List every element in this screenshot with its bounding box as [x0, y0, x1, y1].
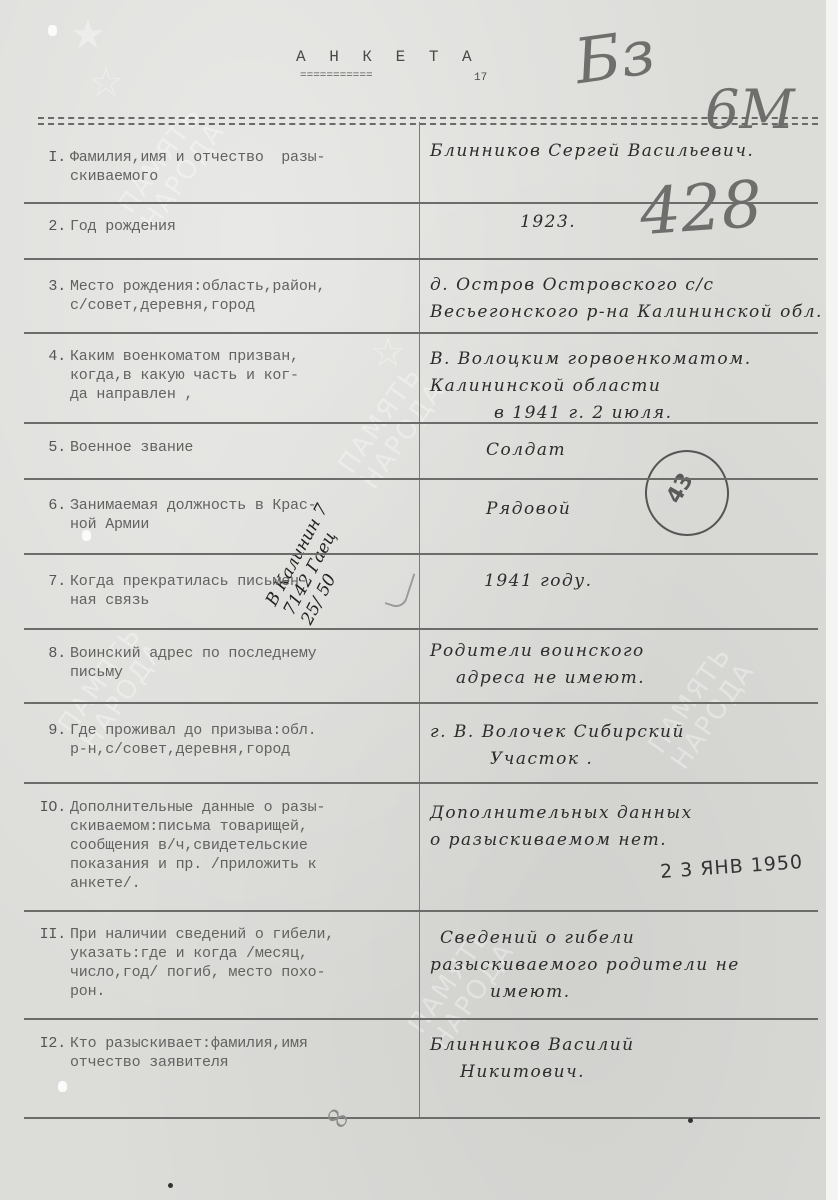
paper-defect: [48, 25, 57, 36]
paper-defect: [58, 1081, 67, 1092]
question-label: 5.Военное звание: [30, 438, 193, 457]
question-label: I.Фамилия,имя и отчество разы-скиваемого: [30, 148, 325, 186]
question-number: II.: [30, 925, 66, 944]
question-line: 3.Место рождения:область,район,: [30, 277, 325, 296]
question-text: скиваемом:письма товарищей,: [70, 818, 308, 835]
question-text: Занимаемая должность в Крас-: [70, 497, 316, 514]
question-line: 7.Когда прекратилась письмен-: [30, 572, 308, 591]
column-divider: [419, 122, 420, 1117]
questionnaire-page: ★ ☆ ☆ ПАМЯТЬНАРОДА ПАМЯТЬНАРОДА ПАМЯТЬНА…: [0, 0, 826, 1200]
answer-line: Никитович.: [430, 1059, 635, 1086]
question-text: сообщения в/ч,свидетельские: [70, 837, 308, 854]
question-line: отчество заявителя: [30, 1053, 308, 1072]
bottom-rule: [24, 1117, 820, 1119]
question-number: 8.: [30, 644, 66, 663]
answer-line: В. Волоцким горвоенкоматом.: [430, 346, 752, 373]
question-number: 7.: [30, 572, 66, 591]
document-title: А Н К Е Т А: [296, 48, 479, 66]
question-text: Место рождения:область,район,: [70, 278, 325, 295]
handwritten-answer: Родители воинскогоадреса не имеют.: [430, 638, 645, 692]
question-line: II.При наличии сведений о гибели,: [30, 925, 334, 944]
question-line: сообщения в/ч,свидетельские: [30, 836, 325, 855]
answer-line: г. В. Волочек Сибирский: [430, 719, 685, 746]
handwritten-answer: 1941 году.: [430, 568, 593, 595]
answer-line: Калининской области: [430, 373, 752, 400]
pencil-annotation: 6М: [705, 78, 795, 141]
question-text: анкете/.: [70, 875, 140, 892]
row-divider: [24, 553, 818, 555]
handwritten-answer: В. Волоцким горвоенкоматом.Калининской о…: [430, 346, 752, 427]
question-line: письму: [30, 663, 316, 682]
question-line: 6.Занимаемая должность в Крас-: [30, 496, 316, 515]
answer-line: Блинников Василий: [430, 1032, 635, 1059]
answer-line: 1941 году.: [430, 568, 593, 595]
handwritten-answer: Солдат: [430, 437, 566, 464]
question-text: Военное звание: [70, 439, 193, 456]
question-line: число,год/ погиб, место похо-: [30, 963, 334, 982]
question-label: 7.Когда прекратилась письмен-ная связь: [30, 572, 308, 610]
question-number: 2.: [30, 217, 66, 236]
row-divider: [24, 202, 818, 204]
handwritten-answer: 1923.: [430, 209, 576, 236]
star-watermark-icon: ☆: [88, 60, 124, 106]
question-number: IO.: [30, 798, 66, 817]
question-line: показания и пр. /приложить к: [30, 855, 325, 874]
answer-line: имеют.: [430, 979, 740, 1006]
handwritten-answer: д. Остров Островского с/сВесьегонского р…: [430, 272, 823, 326]
question-text: Кто разыскивает:фамилия,имя: [70, 1035, 308, 1052]
question-text: При наличии сведений о гибели,: [70, 926, 334, 943]
handwritten-answer: г. В. Волочек СибирскийУчасток .: [430, 719, 685, 773]
form-number: 17: [474, 72, 487, 84]
question-text: да направлен ,: [70, 386, 193, 403]
question-text: Воинский адрес по последнему: [70, 645, 316, 662]
answer-line: Дополнительных данных: [430, 800, 693, 827]
answer-line: о разыскиваемом нет.: [430, 827, 693, 854]
question-number: I2.: [30, 1034, 66, 1053]
question-text: Когда прекратилась письмен-: [70, 573, 308, 590]
question-text: ной Армии: [70, 516, 149, 533]
row-divider: [24, 628, 818, 630]
question-line: 4.Каким военкоматом призван,: [30, 347, 299, 366]
question-number: 9.: [30, 721, 66, 740]
question-line: с/совет,деревня,город: [30, 296, 325, 315]
question-line: анкете/.: [30, 874, 325, 893]
row-divider: [24, 422, 818, 424]
star-watermark-icon: ☆: [370, 330, 406, 376]
question-line: рон.: [30, 982, 334, 1001]
handwritten-answer: Сведений о гибелиразыскиваемого родители…: [430, 925, 740, 1006]
question-line: когда,в какую часть и ког-: [30, 366, 299, 385]
row-divider: [24, 702, 818, 704]
question-label: II.При наличии сведений о гибели,указать…: [30, 925, 334, 1001]
question-text: когда,в какую часть и ког-: [70, 367, 299, 384]
question-line: скиваемого: [30, 167, 325, 186]
question-number: I.: [30, 148, 66, 167]
question-label: IO.Дополнительные данные о разы-скиваемо…: [30, 798, 325, 893]
question-line: р-н,с/совет,деревня,город: [30, 740, 316, 759]
bottom-pencil-mark: ∞: [317, 1094, 361, 1140]
question-line: 5.Военное звание: [30, 438, 193, 457]
question-text: показания и пр. /приложить к: [70, 856, 316, 873]
row-divider: [24, 782, 818, 784]
answer-line: 1923.: [430, 209, 576, 236]
handwritten-answer: Рядовой: [430, 496, 571, 523]
question-line: 9.Где проживал до призыва:обл.: [30, 721, 316, 740]
handwritten-answer: Блинников Сергей Васильевич.: [430, 138, 754, 165]
question-number: 5.: [30, 438, 66, 457]
top-rule: [38, 117, 818, 125]
answer-line: Солдат: [430, 437, 566, 464]
question-line: да направлен ,: [30, 385, 299, 404]
question-label: 6.Занимаемая должность в Крас-ной Армии: [30, 496, 316, 534]
row-divider: [24, 910, 818, 912]
question-line: IO.Дополнительные данные о разы-: [30, 798, 325, 817]
question-text: Каким военкоматом призван,: [70, 348, 299, 365]
pencil-annotation: Бз: [570, 15, 659, 98]
row-divider: [24, 258, 818, 260]
question-label: 2.Год рождения: [30, 217, 176, 236]
question-label: I2.Кто разыскивает:фамилия,имяотчество з…: [30, 1034, 308, 1072]
question-text: р-н,с/совет,деревня,город: [70, 741, 290, 758]
answer-line: д. Остров Островского с/с: [430, 272, 823, 299]
answer-line: Весьегонского р-на Калининской обл.: [430, 299, 823, 326]
question-text: с/совет,деревня,город: [70, 297, 255, 314]
pencil-number: 428: [638, 168, 765, 250]
handwritten-answer: Дополнительных данныхо разыскиваемом нет…: [430, 800, 693, 854]
answer-line: Сведений о гибели: [430, 925, 740, 952]
question-line: 2.Год рождения: [30, 217, 176, 236]
check-mark-icon: [385, 568, 416, 610]
question-text: отчество заявителя: [70, 1054, 228, 1071]
question-text: число,год/ погиб, место похо-: [70, 964, 325, 981]
question-text: скиваемого: [70, 168, 158, 185]
question-text: Год рождения: [70, 218, 176, 235]
answer-line: Родители воинского: [430, 638, 645, 665]
question-text: ная связь: [70, 592, 149, 609]
question-label: 8.Воинский адрес по последнемуписьму: [30, 644, 316, 682]
question-text: Где проживал до призыва:обл.: [70, 722, 316, 739]
question-label: 3.Место рождения:область,район,с/совет,д…: [30, 277, 325, 315]
answer-line: Участок .: [430, 746, 685, 773]
answer-line: Рядовой: [430, 496, 571, 523]
paper-defect: [688, 1118, 693, 1123]
question-text: указать:где и когда /месяц,: [70, 945, 308, 962]
question-number: 6.: [30, 496, 66, 515]
paper-defect: [168, 1183, 173, 1188]
date-stamp: 2 3 ЯНВ 1950: [659, 851, 803, 883]
answer-line: Блинников Сергей Васильевич.: [430, 138, 754, 165]
title-underline: ===========: [300, 70, 373, 82]
row-divider: [24, 478, 818, 480]
question-number: 4.: [30, 347, 66, 366]
question-text: рон.: [70, 983, 105, 1000]
question-text: Дополнительные данные о разы-: [70, 799, 325, 816]
star-watermark-icon: ★: [70, 12, 106, 58]
question-line: I.Фамилия,имя и отчество разы-: [30, 148, 325, 167]
question-line: 8.Воинский адрес по последнему: [30, 644, 316, 663]
question-line: скиваемом:письма товарищей,: [30, 817, 325, 836]
handwritten-answer: Блинников ВасилийНикитович.: [430, 1032, 635, 1086]
question-number: 3.: [30, 277, 66, 296]
row-divider: [24, 1018, 818, 1020]
question-line: I2.Кто разыскивает:фамилия,имя: [30, 1034, 308, 1053]
question-line: ной Армии: [30, 515, 316, 534]
question-label: 9.Где проживал до призыва:обл.р-н,с/сове…: [30, 721, 316, 759]
row-divider: [24, 332, 818, 334]
question-text: Фамилия,имя и отчество разы-: [70, 149, 325, 166]
answer-line: разыскиваемого родители не: [430, 952, 740, 979]
question-text: письму: [70, 664, 123, 681]
answer-line: адреса не имеют.: [430, 665, 645, 692]
question-line: указать:где и когда /месяц,: [30, 944, 334, 963]
question-label: 4.Каким военкоматом призван,когда,в каку…: [30, 347, 299, 404]
question-line: ная связь: [30, 591, 308, 610]
